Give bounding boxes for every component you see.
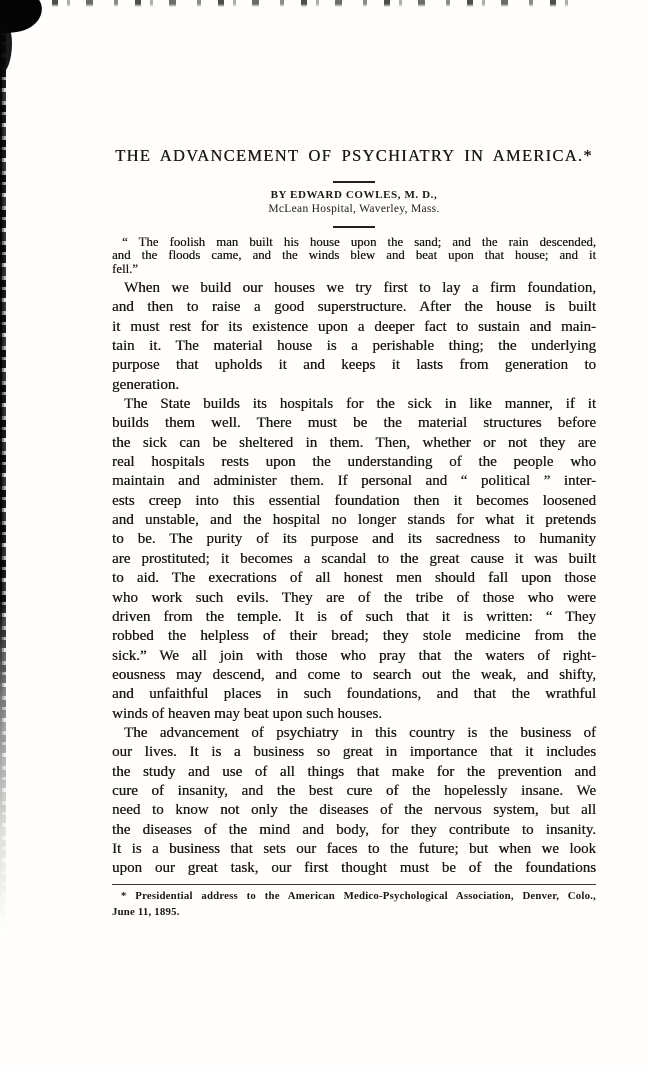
text-line: June 11, 1895. [112, 905, 596, 921]
text-line: eousness may descend, and come to search… [112, 666, 596, 685]
text-line: “ The foolish man built his house upon t… [112, 236, 596, 249]
text-line: upon our great task, our first thought m… [112, 859, 596, 878]
body-paragraph: When we build our houses we try first to… [112, 279, 596, 395]
body-paragraph: The State builds its hospitals for the s… [112, 395, 596, 724]
text-line: cure of insanity, and the best cure of t… [112, 782, 596, 801]
text-line: the study and use of all things that mak… [112, 763, 596, 782]
text-line: When we build our houses we try first to… [112, 279, 596, 298]
text-line: tain it. The material house is a perisha… [112, 337, 596, 356]
text-line: real hospitals rests upon the understand… [112, 453, 596, 472]
text-line: driven from the temple. It is of such th… [112, 608, 596, 627]
text-line: to be. The purity of its purpose and its… [112, 530, 596, 549]
text-line: are prostituted; it becomes a scandal to… [112, 550, 596, 569]
footnote: * Presidential address to the American M… [112, 889, 596, 921]
author-byline: BY EDWARD COWLES, M. D., [112, 189, 596, 201]
text-line: It is a business that sets our faces to … [112, 840, 596, 859]
text-line: The State builds its hospitals for the s… [112, 395, 596, 414]
text-line: builds them well. There must be the mate… [112, 414, 596, 433]
divider-rule-bottom [333, 226, 375, 228]
scan-binding-streak [0, 0, 6, 930]
text-line: robbed the helpless of their bread; they… [112, 627, 596, 646]
text-line: * Presidential address to the American M… [112, 889, 596, 905]
scanned-page: THE ADVANCEMENT OF PSYCHIATRY IN AMERICA… [0, 0, 650, 1069]
text-line: sick.” We all join with those who pray t… [112, 647, 596, 666]
text-line: our lives. It is a business so great in … [112, 743, 596, 762]
epigraph-quote: “ The foolish man built his house upon t… [112, 236, 596, 276]
text-line: the diseases of the mind and body, for t… [112, 821, 596, 840]
text-line: winds of heaven may beat upon such house… [112, 705, 596, 724]
text-line: the sick can be sheltered in them. Then,… [112, 434, 596, 453]
text-line: and the floods came, and the winds blew … [112, 249, 596, 262]
body-paragraph: The advancement of psychiatry in this co… [112, 724, 596, 879]
text-line: it must rest for its existence upon a de… [112, 318, 596, 337]
text-line: who work such evils. They are of the tri… [112, 589, 596, 608]
text-line: and then to raise a good superstructure.… [112, 298, 596, 317]
divider-rule-top [333, 181, 375, 183]
text-line: need to know not only the diseases of th… [112, 801, 596, 820]
text-line: and unstable, and the hospital no longer… [112, 511, 596, 530]
scan-ink-blot-top-left [0, 0, 44, 35]
text-line: purpose that upholds it and keeps it las… [112, 356, 596, 375]
text-line: fell.” [112, 263, 596, 276]
text-column: THE ADVANCEMENT OF PSYCHIATRY IN AMERICA… [112, 0, 596, 1069]
text-line: ests creep into this essential foundatio… [112, 492, 596, 511]
article-title: THE ADVANCEMENT OF PSYCHIATRY IN AMERICA… [112, 146, 596, 166]
text-line: The advancement of psychiatry in this co… [112, 724, 596, 743]
text-line: and unfaithful places in such foundation… [112, 685, 596, 704]
scan-ink-blot-top-left-tail [0, 22, 12, 74]
text-line: maintain and administer them. If persona… [112, 472, 596, 491]
text-line: generation. [112, 376, 596, 395]
author-affiliation: McLean Hospital, Waverley, Mass. [112, 203, 596, 215]
text-line: to aid. The execrations of all honest me… [112, 569, 596, 588]
footnote-separator-rule [112, 884, 596, 885]
article-body: When we build our houses we try first to… [112, 279, 596, 879]
